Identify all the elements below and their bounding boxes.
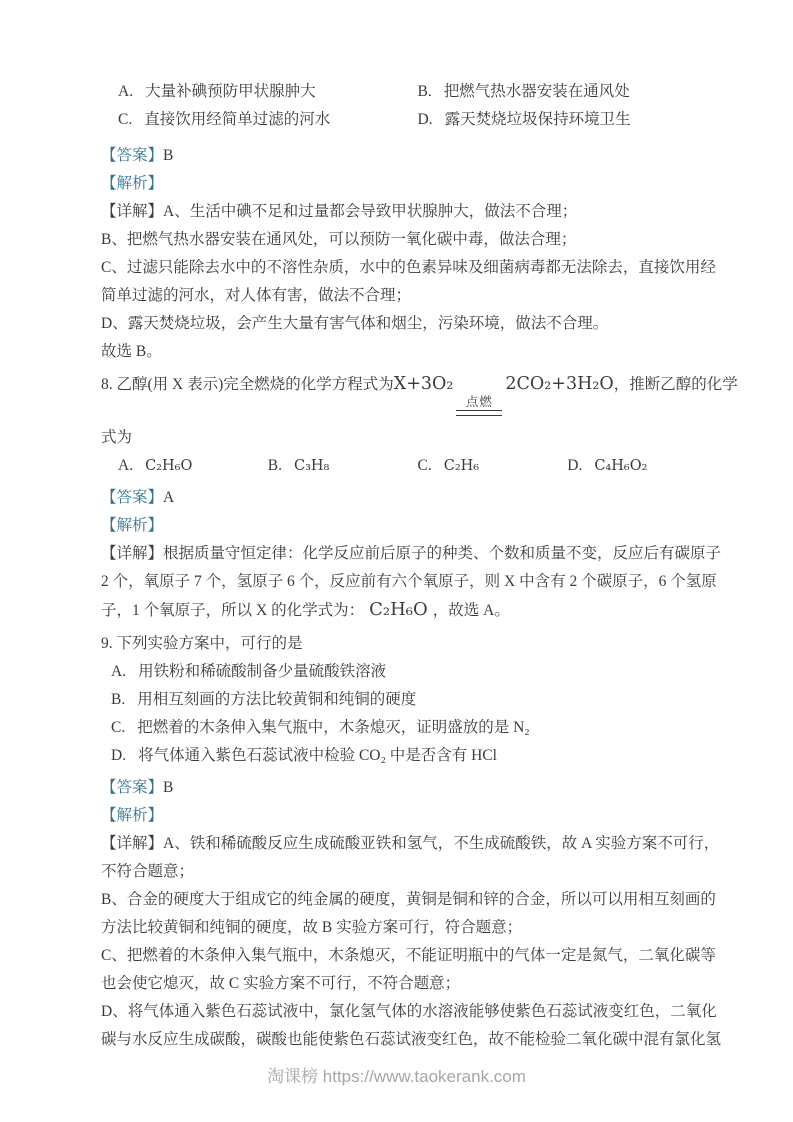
q8-equation-right: 2CO₂+3H₂O (505, 374, 613, 394)
q9-answer-line: 【答案】B (101, 774, 717, 802)
q9-option-d-text: 将气体通入紫色石蕊试液中检验 CO₂ 中是否含有 HCl (138, 747, 497, 764)
document-content: A.大量补碘预防甲状腺肿大 B.把燃气热水器安装在通风处 C.直接饮用经简单过滤… (101, 78, 717, 1054)
q7-detail-line: B、把燃气热水器安装在通风处，可以预防一氧化碳中毒，做法合理； (101, 226, 717, 254)
q9-option-d: D.将气体通入紫色石蕊试液中检验 CO₂ 中是否含有 HCl (101, 742, 717, 770)
q9-stem: 9. 下列实验方案中，可行的是 (101, 630, 717, 658)
q8-detail3-post: ，故选 A。 (433, 602, 510, 619)
q9-option-c-key: C. (111, 719, 125, 736)
q8-detail3-formula: C₂H₆O (369, 599, 428, 620)
q8-detail3-pre: 子，1 个氧原子，所以 X 的化学式为： (101, 602, 364, 619)
q8-stem: 8. 乙醇(用 X 表示)完全燃烧的化学方程式为 X+3O₂ 点燃 2CO₂+3… (101, 372, 717, 420)
q8-option-c: C.C₂H₆ (418, 452, 568, 480)
equation-double-line (456, 410, 502, 416)
q8-option-c-key: C. (418, 457, 432, 474)
q8-stem-text: 8. 乙醇(用 X 表示)完全燃烧的化学方程式为 (101, 372, 394, 394)
q7-option-c-key: C. (118, 111, 132, 128)
q7-option-a-text: 大量补碘预防甲状腺肿大 (145, 83, 316, 100)
q8-answer-value: A (163, 489, 174, 506)
q8-option-a-key: A. (118, 457, 133, 474)
q9-option-a-key: A. (111, 663, 126, 680)
q8-option-d-formula: C₄H₆O₂ (594, 458, 647, 474)
q7-option-b-text: 把燃气热水器安装在通风处 (444, 83, 630, 100)
q8-option-b-key: B. (268, 457, 282, 474)
q8-equation-left: X+3O₂ (394, 374, 454, 394)
q9-option-b-text: 用相互刻画的方法比较黄铜和纯铜的硬度 (137, 691, 416, 708)
q7-option-d-key: D. (418, 111, 433, 128)
q7-detail-line: C、过滤只能除去水中的不溶性杂质，水中的色素异味及细菌病毒都无法除去，直接饮用经 (101, 254, 717, 282)
q7-option-d: D.露天焚烧垃圾保持环境卫生 (418, 106, 718, 134)
q7-answer-value: B (163, 147, 173, 164)
q8-answer-line: 【答案】A (101, 484, 717, 512)
q8-detail-line: 2 个，氧原子 7 个，氢原子 6 个，反应前有六个氧原子，则 X 中含有 2 … (101, 568, 717, 596)
q7-detail-line: D、露天焚烧垃圾，会产生大量有害气体和烟尘，污染环境，做法不合理。 (101, 310, 717, 338)
q7-option-c-text: 直接饮用经简单过滤的河水 (144, 111, 330, 128)
analysis-label: 【解析】 (101, 175, 163, 192)
q9-detail-line: 碳与水反应生成碳酸，碳酸也能使紫色石蕊试液变红色，故不能检验二氧化碳中混有氯化氢 (101, 1026, 717, 1054)
q9-answer-value: B (163, 779, 173, 796)
q8-detail-line-formula: 子，1 个氧原子，所以 X 的化学式为：C₂H₆O，故选 A。 (101, 596, 717, 624)
q9-option-d-key: D. (111, 747, 126, 764)
q7-options-row-1: A.大量补碘预防甲状腺肿大 B.把燃气热水器安装在通风处 (101, 78, 717, 106)
answer-label: 【答案】 (101, 489, 163, 506)
q8-stem-text-post: ，推断乙醇的化学 (614, 372, 738, 394)
q9-detail-line: 也会使它熄灭，故 C 实验方案不可行，不符合题意； (101, 970, 717, 998)
q9-detail-line: 不符合题意； (101, 858, 717, 886)
q9-option-b: B.用相互刻画的方法比较黄铜和纯铜的硬度 (101, 686, 717, 714)
q8-option-d-key: D. (567, 457, 582, 474)
q9-detail-line: B、合金的硬度大于组成它的纯金属的硬度，黄铜是铜和锌的合金，所以可以用相互刻画的 (101, 886, 717, 914)
q9-option-b-key: B. (111, 691, 125, 708)
analysis-label: 【解析】 (101, 517, 163, 534)
q7-option-b: B.把燃气热水器安装在通风处 (418, 78, 718, 106)
q8-option-d: D.C₄H₆O₂ (567, 452, 717, 480)
document-page: A.大量补碘预防甲状腺肿大 B.把燃气热水器安装在通风处 C.直接饮用经简单过滤… (0, 0, 793, 1122)
q7-detail-line: 故选 B。 (101, 338, 717, 366)
q7-option-a: A.大量补碘预防甲状腺肿大 (118, 78, 418, 106)
answer-label: 【答案】 (101, 779, 163, 796)
q9-detail-line: 【详解】A、铁和稀硫酸反应生成硫酸亚铁和氢气，不生成硫酸铁，故 A 实验方案不可… (101, 830, 717, 858)
analysis-label: 【解析】 (101, 807, 163, 824)
reaction-condition-text: 点燃 (466, 395, 493, 409)
q9-detail-line: C、把燃着的木条伸入集气瓶中，木条熄灭，不能证明瓶中的气体一定是氮气，二氧化碳等 (101, 942, 717, 970)
reaction-condition: 点燃 (456, 395, 502, 416)
q9-option-c: C.把燃着的木条伸入集气瓶中，木条熄灭，证明盛放的是 N₂ (101, 714, 717, 742)
footer-site-text: 淘课榜 https://www.taokerank.com (267, 1067, 526, 1086)
footer-watermark: 淘课榜 https://www.taokerank.com (0, 1062, 793, 1087)
q9-detail-line: 方法比较黄铜和纯铜的硬度，故 B 实验方案可行，符合题意； (101, 914, 717, 942)
q8-option-a-formula: C₂H₆O (145, 458, 192, 474)
q8-options-row: A.C₂H₆O B.C₃H₈ C.C₂H₆ D.C₄H₆O₂ (101, 452, 717, 480)
q8-option-c-formula: C₂H₆ (444, 458, 479, 474)
q7-option-c: C.直接饮用经简单过滤的河水 (118, 106, 418, 134)
q7-detail-line: 【详解】A、生活中碘不足和过量都会导致甲状腺肿大，做法不合理； (101, 198, 717, 226)
q7-options-row-2: C.直接饮用经简单过滤的河水 D.露天焚烧垃圾保持环境卫生 (101, 106, 717, 134)
q9-analysis-line: 【解析】 (101, 802, 717, 830)
q9-option-a-text: 用铁粉和稀硫酸制备少量硫酸铁溶液 (138, 663, 386, 680)
q9-option-a: A.用铁粉和稀硫酸制备少量硫酸铁溶液 (101, 658, 717, 686)
q8-stem-line2: 式为 (101, 424, 717, 452)
q8-detail-line: 【详解】根据质量守恒定律：化学反应前后原子的种类、个数和质量不变，反应后有碳原子 (101, 540, 717, 568)
q7-answer-line: 【答案】B (101, 142, 717, 170)
q8-analysis-line: 【解析】 (101, 512, 717, 540)
answer-label: 【答案】 (101, 147, 163, 164)
q8-option-b: B.C₃H₈ (268, 452, 418, 480)
q7-option-a-key: A. (118, 83, 133, 100)
q9-option-c-text: 把燃着的木条伸入集气瓶中，木条熄灭，证明盛放的是 N₂ (137, 719, 529, 736)
q9-detail-line: D、将气体通入紫色石蕊试液中，氯化氢气体的水溶液能够使紫色石蕊试液变红色，二氧化 (101, 998, 717, 1026)
q7-option-d-text: 露天焚烧垃圾保持环境卫生 (445, 111, 631, 128)
q7-option-b-key: B. (418, 83, 432, 100)
q7-detail-line: 简单过滤的河水，对人体有害，做法不合理； (101, 282, 717, 310)
q8-option-a: A.C₂H₆O (118, 452, 268, 480)
q8-option-b-formula: C₃H₈ (294, 458, 329, 474)
q7-analysis-line: 【解析】 (101, 170, 717, 198)
